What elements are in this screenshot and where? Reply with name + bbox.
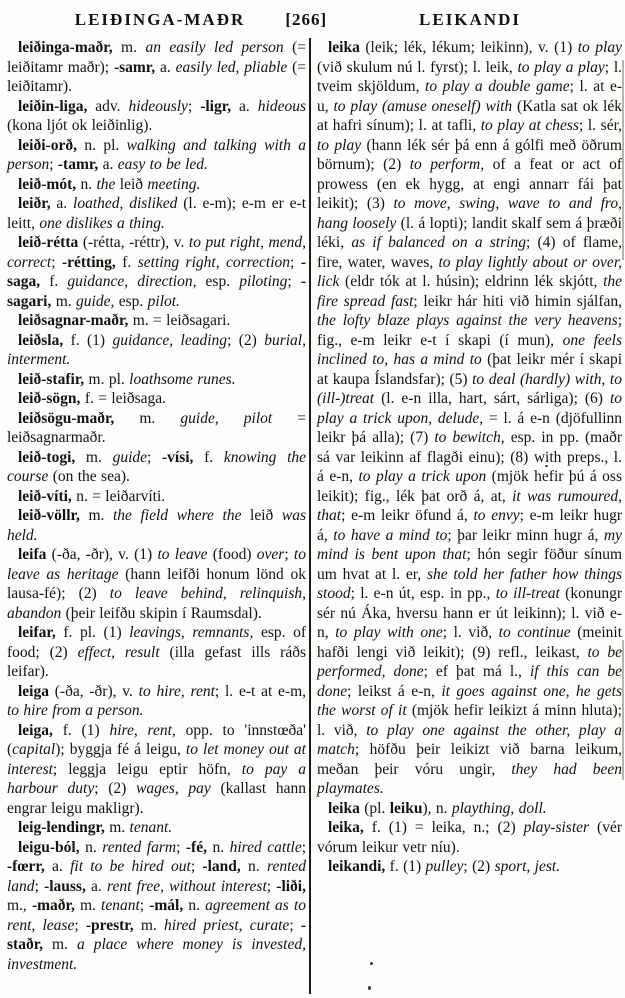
entry-text: m. bbox=[75, 897, 101, 914]
entry-text: f. pl. (1) bbox=[56, 624, 129, 641]
entry-text: ; þar leikr minn hugr á, bbox=[447, 527, 604, 544]
gloss-italic: to play with one bbox=[335, 624, 443, 641]
entry-text: (þeir leifðu skipin í Raumsdal). bbox=[61, 605, 262, 622]
header-left-headword: LEIÐINGA-MAÐR bbox=[75, 10, 246, 30]
entry-text: f. (1) = leika, n.; (2) bbox=[364, 819, 524, 836]
running-head: LEIÐINGA-MAÐR [266] LEIKANDI bbox=[0, 6, 625, 38]
gloss-italic: hideously bbox=[129, 98, 188, 115]
gloss-italic: play-sister bbox=[524, 819, 589, 836]
dictionary-entry: leika (leik; lék, lékum; leikinn), v. (1… bbox=[317, 38, 622, 799]
headword: -fœrr, bbox=[7, 858, 45, 875]
gloss-italic: an easily led person bbox=[145, 39, 283, 56]
entry-text: m. bbox=[80, 507, 113, 524]
headword: leigu-ból, bbox=[18, 839, 80, 856]
dictionary-entry: leiði-orð, n. pl. walking and talking wi… bbox=[7, 136, 306, 175]
gloss-italic: to play bbox=[317, 137, 361, 154]
entry-text: (leik; lék, lékum; leikinn), v. (1) bbox=[360, 39, 578, 56]
headword: -tamr, bbox=[58, 156, 98, 173]
entry-text: a. bbox=[98, 156, 118, 173]
headword: leið-mót, bbox=[18, 176, 76, 193]
gloss-italic: guide, bbox=[76, 293, 114, 310]
gloss-italic: loathed, disliked bbox=[73, 195, 177, 212]
gloss-italic: tenant. bbox=[130, 819, 173, 836]
entry-text: ; (2) bbox=[94, 780, 136, 797]
scan-speck bbox=[368, 986, 371, 990]
headword: leið-víti, bbox=[18, 488, 72, 505]
entry-text: ; bbox=[176, 839, 186, 856]
headword: leiðsla, bbox=[18, 332, 63, 349]
entry-text: ; l. e-n út, esp. in pp., bbox=[351, 585, 496, 602]
entry-text: a. bbox=[155, 59, 175, 76]
entry-text: ), n. bbox=[422, 800, 451, 817]
entry-text: (food) bbox=[207, 546, 256, 563]
dictionary-entry: leiga, f. (1) hire, rent, opp. to 'innst… bbox=[7, 721, 306, 819]
headword: leikandi, bbox=[328, 858, 385, 875]
entry-text: ; bbox=[147, 449, 162, 466]
entry-text: ; (2) bbox=[463, 858, 494, 875]
entry-text: m. = leiðsagari. bbox=[128, 312, 230, 329]
gloss-italic: the lofty blaze plays against the very h… bbox=[317, 312, 618, 329]
dictionary-entry: leið-mót, n. the leið meeting. bbox=[7, 175, 306, 195]
entry-text: ; bbox=[287, 273, 300, 290]
headword: leiðsagnar-maðr, bbox=[18, 312, 128, 329]
entry-text: f. (1) bbox=[385, 858, 425, 875]
headword: leifa bbox=[18, 546, 46, 563]
dictionary-entry: leiðr, a. loathed, disliked (l. e-m); e-… bbox=[7, 194, 306, 233]
gloss-italic: easily led, pliable bbox=[176, 59, 288, 76]
page-edge-artifact bbox=[622, 60, 624, 260]
entry-text: a. bbox=[45, 858, 70, 875]
entry-text: ; l. e-t at e-m, bbox=[215, 683, 306, 700]
gloss-italic: to bewitch, bbox=[434, 429, 504, 446]
gloss-italic: piloting bbox=[239, 273, 287, 290]
gloss-italic: capital bbox=[12, 741, 55, 758]
gloss-italic: rent free, without interest bbox=[107, 878, 267, 895]
headword: leiga bbox=[18, 683, 49, 700]
gloss-italic: hired cattle bbox=[230, 839, 302, 856]
entry-text: n. bbox=[76, 176, 96, 193]
entry-text: ; bbox=[191, 858, 203, 875]
dictionary-entry: leið-víti, n. = leiðarvíti. bbox=[7, 487, 306, 507]
header-right-headword: LEIKANDI bbox=[419, 10, 521, 30]
page-number: [266] bbox=[285, 10, 327, 30]
gloss-italic: guidance, leading bbox=[112, 332, 227, 349]
entry-text: m. bbox=[75, 449, 112, 466]
entry-text: ; leikst á e-n, bbox=[347, 683, 441, 700]
headword: leifar, bbox=[18, 624, 56, 641]
entry-text: adv. bbox=[87, 98, 128, 115]
headword: leig-lendingr, bbox=[18, 819, 105, 836]
entry-text: m. bbox=[51, 293, 76, 310]
entry-text: ; bbox=[49, 156, 58, 173]
dictionary-entry: leifa (-ða, -ðr), v. (1) to leave (food)… bbox=[7, 545, 306, 623]
entry-text: n. pl. bbox=[77, 137, 127, 154]
entry-text: a. bbox=[51, 195, 73, 212]
gloss-italic: to hire from a person. bbox=[7, 702, 143, 719]
headword: -lauss, bbox=[44, 878, 86, 895]
entry-text: n. bbox=[183, 897, 205, 914]
gloss-italic: fit to be hired out bbox=[70, 858, 191, 875]
gloss-italic: to perform, bbox=[410, 156, 484, 173]
scan-speck bbox=[370, 962, 373, 965]
gloss-italic: guide bbox=[113, 449, 147, 466]
headword: leiðin-liga, bbox=[18, 98, 87, 115]
gloss-italic: wages, pay bbox=[136, 780, 211, 797]
entry-text: ; bbox=[289, 917, 301, 934]
gloss-italic: over bbox=[257, 546, 285, 563]
headword: -land, bbox=[202, 858, 240, 875]
text-columns: leiðinga-maðr, m. an easily led person (… bbox=[7, 38, 622, 994]
headword: -samr, bbox=[114, 59, 155, 76]
entry-text: (-rétta, -réttr), v. bbox=[78, 234, 189, 251]
entry-text: ; bbox=[140, 897, 149, 914]
gloss-italic: easy to be led. bbox=[118, 156, 208, 173]
headword: -ligr, bbox=[200, 98, 231, 115]
entry-text: (eldr tók at l. húsin); eldrinn lék skjó… bbox=[339, 273, 603, 290]
headword: leika bbox=[328, 800, 360, 817]
headword: leiðsögu-maðr, bbox=[18, 410, 114, 427]
dictionary-entry: leifar, f. pl. (1) leavings, remnants, e… bbox=[7, 623, 306, 682]
entry-text: ; bbox=[51, 254, 62, 271]
gloss-italic: leavings, remnants, bbox=[129, 624, 253, 641]
dictionary-scan-page: LEIÐINGA-MAÐR [266] LEIKANDI leiðinga-ma… bbox=[0, 0, 625, 998]
entry-text: ; l. við, bbox=[443, 624, 499, 641]
entry-text: leið bbox=[241, 507, 281, 524]
dictionary-entry: leig-lendingr, m. tenant. bbox=[7, 818, 306, 838]
entry-text: a. bbox=[231, 98, 258, 115]
gloss-italic: guidance, direction, bbox=[67, 273, 196, 290]
gloss-italic: rented farm bbox=[102, 839, 176, 856]
entry-text: ; leikr hár hiti við himin sjálfan, bbox=[413, 293, 622, 310]
entry-text: (kona ljót ok leiðinlig). bbox=[7, 117, 152, 134]
entry-text: f. = leiðsaga. bbox=[80, 390, 166, 407]
entry-text: leið bbox=[120, 176, 148, 193]
dictionary-entry: leiðinga-maðr, m. an easily led person (… bbox=[7, 38, 306, 97]
dictionary-entry: leigu-ból, n. rented farm; -fé, n. hired… bbox=[7, 838, 306, 975]
headword: -liði, bbox=[276, 878, 306, 895]
headword: leið-sögn, bbox=[18, 390, 80, 407]
dictionary-entry: leiðsögu-maðr, m. guide, pilot = leiðsag… bbox=[7, 409, 306, 448]
entry-text: f. bbox=[193, 449, 223, 466]
entry-text: ; bbox=[284, 546, 294, 563]
gloss-italic: guide, pilot bbox=[180, 410, 272, 427]
gloss-italic: plaything, doll. bbox=[452, 800, 547, 817]
headword: leika, bbox=[328, 819, 364, 836]
dictionary-entry: leið-togi, m. guide; -vísi, f. knowing t… bbox=[7, 448, 306, 487]
gloss-italic: pilot. bbox=[148, 293, 180, 310]
gloss-italic: to have a mind to bbox=[333, 527, 447, 544]
scan-speck bbox=[545, 465, 548, 467]
headword: leiðinga-maðr, bbox=[18, 39, 113, 56]
entry-text: (on the sea). bbox=[48, 468, 130, 485]
entry-text: (-ða, -ðr), v. bbox=[49, 683, 139, 700]
entry-text: (-ða, -ðr), v. (1) bbox=[46, 546, 157, 563]
dictionary-entry: leiðin-liga, adv. hideously; -ligr, a. h… bbox=[7, 97, 306, 136]
entry-text: (pl. bbox=[360, 800, 390, 817]
dictionary-entry: leið-rétta (-rétta, -réttr), v. to put r… bbox=[7, 233, 306, 311]
page-edge-artifact bbox=[622, 640, 624, 780]
entry-text: (l. e-n illa, hart, sárt, sárliga); (6) bbox=[374, 390, 610, 407]
entry-text: f. bbox=[40, 273, 67, 290]
entry-text: m. bbox=[134, 917, 164, 934]
entry-text: ; bbox=[74, 917, 86, 934]
entry-text: ; ef þat má l., bbox=[424, 663, 530, 680]
entry-text: (við skulum nú l. fyrst); l. leik, bbox=[317, 59, 517, 76]
entry-text: f. bbox=[116, 254, 138, 271]
dictionary-entry: leiðsagnar-maðr, m. = leiðsagari. bbox=[7, 311, 306, 331]
gloss-italic: to play bbox=[578, 39, 622, 56]
headword: leiga, bbox=[18, 722, 53, 739]
gloss-italic: hideous bbox=[258, 98, 306, 115]
entry-text: ; bbox=[35, 878, 45, 895]
dictionary-entry: leið-stafir, m. pl. loathsome runes. bbox=[7, 370, 306, 390]
headword: leið-völlr, bbox=[18, 507, 80, 524]
entry-text: ; bbox=[267, 878, 277, 895]
gloss-italic: hired priest, curate bbox=[164, 917, 289, 934]
gloss-italic: to play a double game bbox=[425, 78, 570, 95]
gloss-italic: setting right, correction bbox=[138, 254, 290, 271]
gloss-italic: to play at chess bbox=[481, 117, 579, 134]
headword: -mál, bbox=[149, 897, 183, 914]
entry-text: n. bbox=[241, 858, 267, 875]
dictionary-entry: leiga (-ða, -ðr), v. to hire, rent; l. e… bbox=[7, 682, 306, 721]
entry-text: n. bbox=[80, 839, 103, 856]
entry-text: m. bbox=[113, 39, 146, 56]
left-column: leiðinga-maðr, m. an easily led person (… bbox=[7, 38, 306, 994]
entry-text: esp. bbox=[196, 273, 239, 290]
gloss-italic: tenant bbox=[101, 897, 140, 914]
entry-text: ; leggja leigu eptir höfn, bbox=[53, 761, 242, 778]
headword: -rétting, bbox=[62, 254, 116, 271]
dictionary-entry: leika (pl. leiku), n. plaything, doll. bbox=[317, 799, 622, 819]
entry-text: n. = leiðarvíti. bbox=[72, 488, 165, 505]
headword: -vísi, bbox=[162, 449, 193, 466]
gloss-italic: effect, result bbox=[78, 644, 160, 661]
entry-text: esp. bbox=[114, 293, 147, 310]
gloss-italic: to play (amuse oneself) with bbox=[333, 98, 512, 115]
gloss-italic: to play a trick upon bbox=[358, 468, 486, 485]
entry-text: ; (2) bbox=[227, 332, 264, 349]
headword: -prestr, bbox=[86, 917, 134, 934]
gloss-italic: to hire, rent bbox=[139, 683, 215, 700]
headword: leið-rétta bbox=[18, 234, 78, 251]
headword: leika bbox=[328, 39, 360, 56]
gloss-italic: pulley bbox=[426, 858, 464, 875]
dictionary-entry: leiðsla, f. (1) guidance, leading; (2) b… bbox=[7, 331, 306, 370]
entry-text: f. (1) bbox=[63, 332, 112, 349]
dictionary-entry: leikandi, f. (1) pulley; (2) sport, jest… bbox=[317, 857, 622, 877]
entry-text: ); byggja fé á leigu, bbox=[55, 741, 186, 758]
gloss-italic: the bbox=[96, 176, 119, 193]
entry-text: m. bbox=[105, 819, 130, 836]
entry-text: ; e-m leikr öfund á, bbox=[341, 507, 473, 524]
gloss-italic: meeting. bbox=[147, 176, 200, 193]
headword: -fé, bbox=[186, 839, 207, 856]
entry-text: n. bbox=[207, 839, 230, 856]
entry-text: m. bbox=[43, 936, 77, 953]
headword: leið-togi, bbox=[18, 449, 75, 466]
entry-text: f. (1) bbox=[53, 722, 110, 739]
gloss-italic: one dislikes a thing. bbox=[39, 215, 165, 232]
dictionary-entry: leika, f. (1) = leika, n.; (2) play-sist… bbox=[317, 818, 622, 857]
gloss-italic: as if balanced on a string bbox=[351, 234, 526, 251]
gloss-italic: the field where the bbox=[113, 507, 241, 524]
entry-text: m., bbox=[7, 897, 32, 914]
gloss-italic: loathsome runes. bbox=[129, 371, 235, 388]
headword: leiðr, bbox=[18, 195, 51, 212]
right-column: leika (leik; lék, lékum; leikinn), v. (1… bbox=[311, 38, 622, 994]
gloss-italic: hire, rent, bbox=[109, 722, 175, 739]
entry-text: m. pl. bbox=[84, 371, 129, 388]
entry-text: ; l. sér, bbox=[579, 117, 622, 134]
gloss-italic: to ill-treat bbox=[496, 585, 560, 602]
entry-text: a. bbox=[86, 878, 107, 895]
gloss-italic: to envy bbox=[473, 507, 519, 524]
entry-text: ; bbox=[188, 98, 200, 115]
entry-text: ; bbox=[290, 254, 301, 271]
entry-text: m. bbox=[114, 410, 180, 427]
gloss-italic: to play a play bbox=[517, 59, 604, 76]
gloss-italic: sport, jest. bbox=[495, 858, 561, 875]
dictionary-entry: leið-sögn, f. = leiðsaga. bbox=[7, 389, 306, 409]
headword: leiði-orð, bbox=[18, 137, 77, 154]
dictionary-entry: leið-völlr, m. the field where the leið … bbox=[7, 506, 306, 545]
headword: -maðr, bbox=[32, 897, 75, 914]
gloss-italic: to continue bbox=[499, 624, 571, 641]
headword: leiku bbox=[390, 800, 423, 817]
entry-text: ; bbox=[302, 839, 306, 856]
gloss-italic: to leave bbox=[157, 546, 207, 563]
headword: leið-stafir, bbox=[18, 371, 84, 388]
